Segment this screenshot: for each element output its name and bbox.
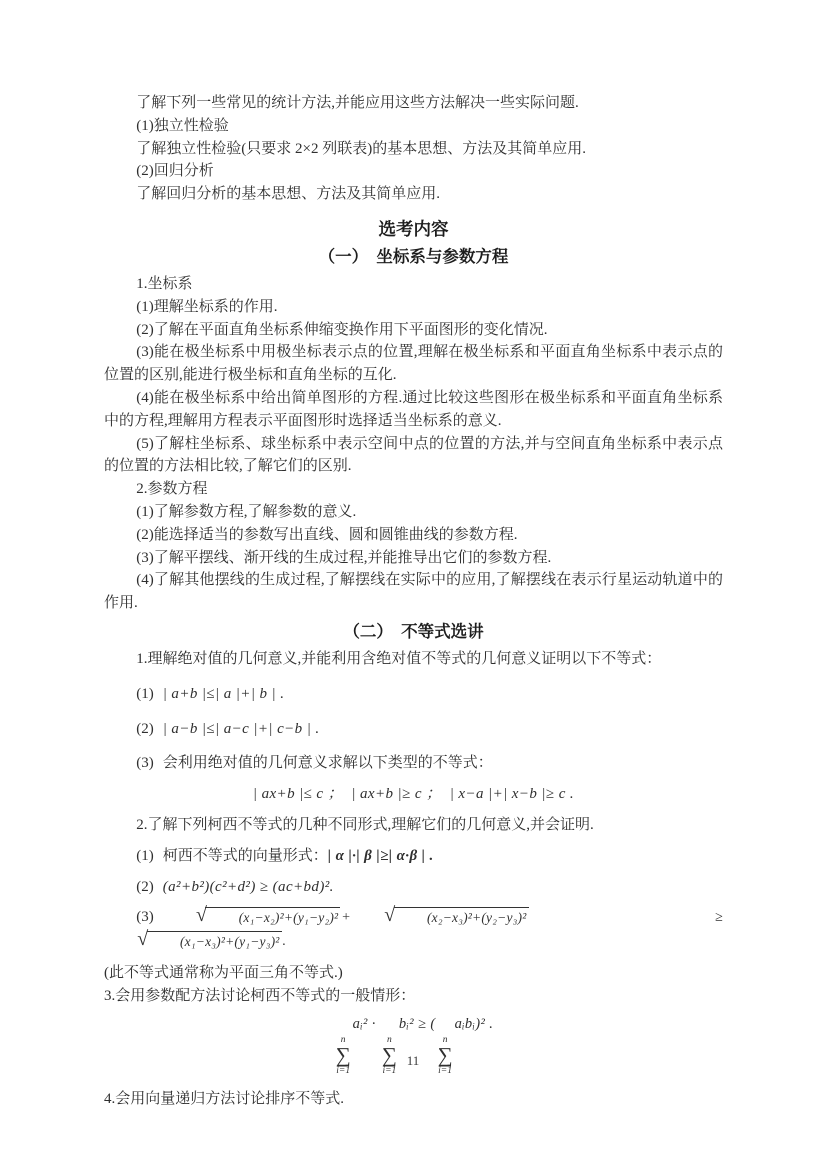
page-number: 11 [0,1053,826,1069]
radical-expression: √(x₁−x₃)²+(y₁−y₃)² [105,931,282,950]
paragraph: (3)能在极坐标系中用极坐标表示点的位置,理解在极坐标系和平面直角坐标系中表示点… [104,341,723,387]
item-text: 柯西不等式的向量形式： [163,848,328,864]
radical-sign-icon: √ [105,931,148,948]
paragraph: 4.会用向量递归方法讨论排序不等式. [104,1088,723,1111]
paragraph: 2.参数方程 [104,478,723,501]
text-column: 了解下列一些常见的统计方法,并能应用这些方法解决一些实际问题. (1)独立性检验… [104,92,723,1111]
paragraph: 1.理解绝对值的几何意义,并能利用含绝对值不等式的几何意义证明以下不等式： [104,648,723,671]
formula-abs-2: (2)| a−b |≤| a−c |+| c−b | . [104,718,723,741]
math-expression: (a²+b²)(c²+d²) ≥ (ac+bd)². [163,879,334,895]
part1-heading: （一） 坐标系与参数方程 [104,245,723,269]
item-text: 会利用绝对值的几何意义求解以下类型的不等式： [163,755,493,771]
formula-abs-types: | ax+b |≤ c ； | ax+b |≥ c ； | x−a |+| x−… [104,783,723,806]
math-expression: | a−b |≤| a−c |+| c−b | . [163,721,320,737]
formula-cauchy-vector: (1)柯西不等式的向量形式：| α |·| β |≥| α·β | . [104,845,723,868]
math-expression: | α |·| β |≥| α·β | . [328,848,434,864]
paragraph: (5)了解柱坐标系、球坐标系中表示空间中点的位置的方法,并与空间直角坐标系中表示… [104,433,723,479]
formula-label: (3) [136,909,154,925]
math-term: aᵢ² [353,1016,368,1032]
item-label: (3) [136,755,154,771]
formula-label: (1) [136,686,154,702]
math-operator: ≥ ( [418,1016,436,1032]
math-term: aᵢbᵢ [455,1016,476,1032]
math-expression: √(x₁−x₂)²+(y₁−y₂)²+√(x₂−x₃)²+(y₂−y₃)² ≥ … [104,910,723,949]
radical-sign-icon: √ [352,907,395,924]
main-title: 选考内容 [104,217,723,242]
paragraph: 1.坐标系 [104,273,723,296]
math-period: )² . [475,1016,493,1032]
radicand: (x₁−x₃)²+(y₁−y₃)² [147,931,282,950]
paragraph: 3.会用参数配方法讨论柯西不等式的一般情形： [104,985,723,1008]
formula-label: (2) [136,721,154,737]
part2-heading: （二） 不等式选讲 [104,620,723,644]
radicand: (x₂−x₃)²+(y₂−y₃)² [394,907,529,926]
intro-paragraph: 了解回归分析的基本思想、方法及其简单应用. [104,183,723,206]
intro-paragraph: (1)独立性检验 [104,115,723,138]
paragraph: (4)了解其他摆线的生成过程,了解摆线在实际中的应用,了解摆线在表示行星运动轨道… [104,569,723,615]
document-page: 了解下列一些常见的统计方法,并能应用这些方法解决一些实际问题. (1)独立性检验… [0,0,826,1169]
formula-cauchy-algebraic: (2)(a²+b²)(c²+d²) ≥ (ac+bd)². [104,876,723,899]
formula-triangle-inequality: (3)√(x₁−x₂)²+(y₁−y₂)²+√(x₂−x₃)²+(y₂−y₃)²… [104,906,723,954]
formula-abs-1: (1)| a+b |≤| a |+| b | . [104,683,723,706]
intro-paragraph: (2)回归分析 [104,160,723,183]
paragraph: (2)能选择适当的参数写出直线、圆和圆锥曲线的参数方程. [104,524,723,547]
formula-label: (2) [136,879,154,895]
radical-expression: √(x₁−x₂)²+(y₁−y₂)² [164,907,341,926]
math-operator: · [372,1016,376,1032]
formula-label: (1) [136,848,154,864]
math-period: . [283,934,287,949]
paragraph: (3)了解平摆线、渐开线的生成过程,并能推导出它们的参数方程. [104,547,723,570]
radicand: (x₁−x₂)²+(y₁−y₂)² [205,907,340,926]
math-expression: | a+b |≤| a |+| b | . [163,686,285,702]
intro-paragraph: 了解独立性检验(只要求 2×2 列联表)的基本思想、方法及其简单应用. [104,138,723,161]
paragraph: (3)会利用绝对值的几何意义求解以下类型的不等式： [104,752,723,775]
paragraph: (1)了解参数方程,了解参数的意义. [104,501,723,524]
paragraph: (2)了解在平面直角坐标系伸缩变换作用下平面图形的变化情况. [104,319,723,342]
math-operator: ≥ [715,910,723,925]
math-operator: + [341,910,351,925]
intro-paragraph: 了解下列一些常见的统计方法,并能应用这些方法解决一些实际问题. [104,92,723,115]
paragraph: (1)理解坐标系的作用. [104,296,723,319]
radical-expression: √(x₂−x₃)²+(y₂−y₃)² [352,907,529,926]
paragraph: (4)能在极坐标系中给出简单图形的方程.通过比较这些图形在极坐标系和平面直角坐标… [104,387,723,433]
math-term: bᵢ² [399,1016,414,1032]
math-expression: | ax+b |≤ c ； | ax+b |≥ c ； | x−a |+| x−… [253,786,574,802]
radical-sign-icon: √ [164,907,207,924]
note-paragraph: (此不等式通常称为平面三角不等式.) [104,962,723,985]
paragraph: 2.了解下列柯西不等式的几种不同形式,理解它们的几何意义,并会证明. [104,814,723,837]
